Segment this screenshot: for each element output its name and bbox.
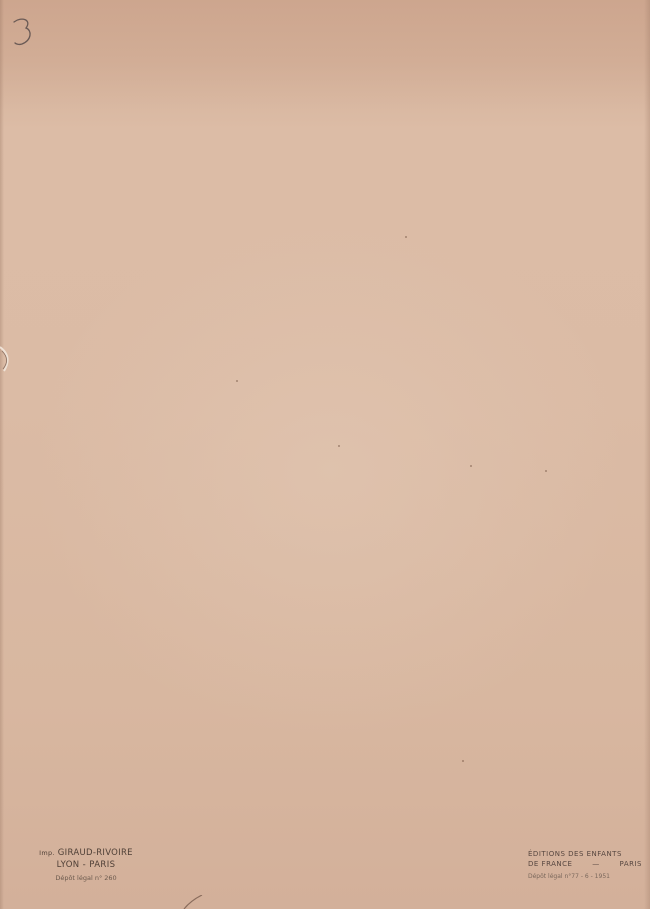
right-edge-wear bbox=[644, 0, 650, 909]
paper-speck bbox=[462, 760, 464, 762]
paper-speck bbox=[405, 236, 407, 238]
corner-crease-icon bbox=[180, 895, 210, 909]
publisher-name-line2: DE FRANCE — PARIS bbox=[528, 861, 642, 868]
paper-speck bbox=[545, 470, 547, 472]
paper-speck bbox=[470, 465, 472, 467]
publisher-city: PARIS bbox=[620, 861, 642, 868]
printer-legal-deposit: Dépôt légal n° 260 bbox=[30, 875, 142, 882]
edge-tear-icon bbox=[0, 345, 14, 375]
publisher-name-part1: ÉDITIONS DES ENFANTS bbox=[528, 851, 622, 858]
left-edge-wear bbox=[0, 0, 4, 909]
printer-name-line: Imp.GIRAUD-RIVOIRE bbox=[30, 849, 142, 858]
publisher-name-line1: ÉDITIONS DES ENFANTS bbox=[528, 851, 642, 858]
printer-location: LYON - PARIS bbox=[30, 861, 142, 870]
publisher-imprint: ÉDITIONS DES ENFANTS DE FRANCE — PARIS D… bbox=[528, 851, 642, 880]
printer-prefix: Imp. bbox=[39, 849, 55, 857]
sun-faded-band bbox=[0, 0, 650, 110]
publisher-name-part2: DE FRANCE bbox=[528, 861, 572, 868]
publisher-legal-deposit: Dépôt légal n°77 - 6 - 1951 bbox=[528, 874, 642, 880]
handwritten-number-icon bbox=[10, 14, 40, 54]
printer-imprint: Imp.GIRAUD-RIVOIRE LYON - PARIS Dépôt lé… bbox=[30, 849, 142, 882]
back-cover: Imp.GIRAUD-RIVOIRE LYON - PARIS Dépôt lé… bbox=[0, 0, 650, 909]
printer-name: GIRAUD-RIVOIRE bbox=[58, 848, 133, 858]
paper-speck bbox=[338, 445, 340, 447]
paper-speck bbox=[236, 380, 238, 382]
publisher-separator: — bbox=[592, 861, 600, 868]
